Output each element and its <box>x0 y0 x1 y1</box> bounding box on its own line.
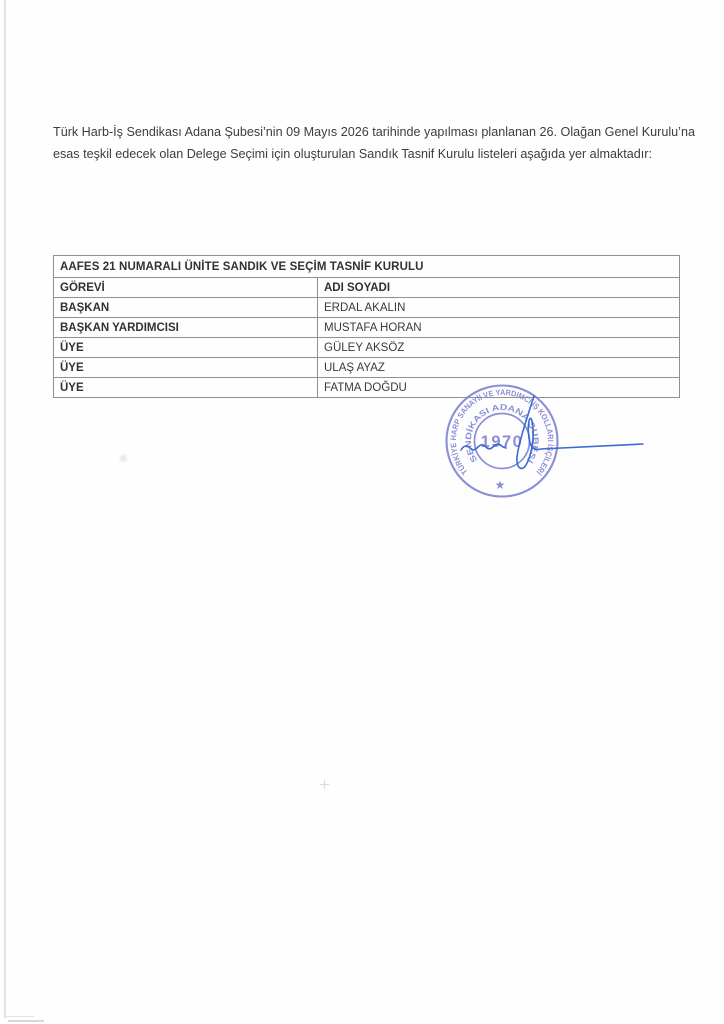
table-row: BAŞKAN ERDAL AKALIN <box>54 298 680 318</box>
gorev-cell: ÜYE <box>54 358 318 378</box>
gorev-cell: ÜYE <box>54 378 318 398</box>
name-cell: ERDAL AKALIN <box>318 298 680 318</box>
gorev-cell: ÜYE <box>54 338 318 358</box>
name-cell: MUSTAFA HORAN <box>318 318 680 338</box>
header-gorevi: GÖREVİ <box>54 278 318 298</box>
document-page: Türk Harb-İş Sendikası Adana Şubesi’nin … <box>0 0 724 1024</box>
table-title-row: AAFES 21 NUMARALI ÜNİTE SANDIK VE SEÇİM … <box>54 256 680 278</box>
scan-plus-mark <box>320 780 329 789</box>
scan-page-edge-bottom <box>4 1016 34 1017</box>
table-row: BAŞKAN YARDIMCISI MUSTAFA HORAN <box>54 318 680 338</box>
union-stamp: TÜRKİYE HARP SANAYİİ VE YARDIMCI İŞ KOLL… <box>423 373 665 510</box>
intro-line-1: Türk Harb-İş Sendikası Adana Şubesi’nin … <box>53 122 693 144</box>
gorev-cell: BAŞKAN <box>54 298 318 318</box>
scan-page-edge-left <box>4 0 6 1018</box>
gorev-cell: BAŞKAN YARDIMCISI <box>54 318 318 338</box>
intro-line-2: esas teşkil edecek olan Delege Seçimi iç… <box>53 144 693 166</box>
table-title-cell: AAFES 21 NUMARALI ÜNİTE SANDIK VE SEÇİM … <box>54 256 680 278</box>
star-icon: ★ <box>495 478 506 492</box>
table-header-row: GÖREVİ ADI SOYADI <box>54 278 680 298</box>
scan-page-edge-bottom-dark <box>8 1020 44 1022</box>
stamp-ink: TÜRKİYE HARP SANAYİİ VE YARDIMCI İŞ KOLL… <box>447 386 558 497</box>
table-row: ÜYE GÜLEY AKSÖZ <box>54 338 680 358</box>
scan-speck <box>120 455 127 462</box>
header-adi-soyadi: ADI SOYADI <box>318 278 680 298</box>
name-cell: GÜLEY AKSÖZ <box>318 338 680 358</box>
intro-paragraph: Türk Harb-İş Sendikası Adana Şubesi’nin … <box>53 122 693 165</box>
